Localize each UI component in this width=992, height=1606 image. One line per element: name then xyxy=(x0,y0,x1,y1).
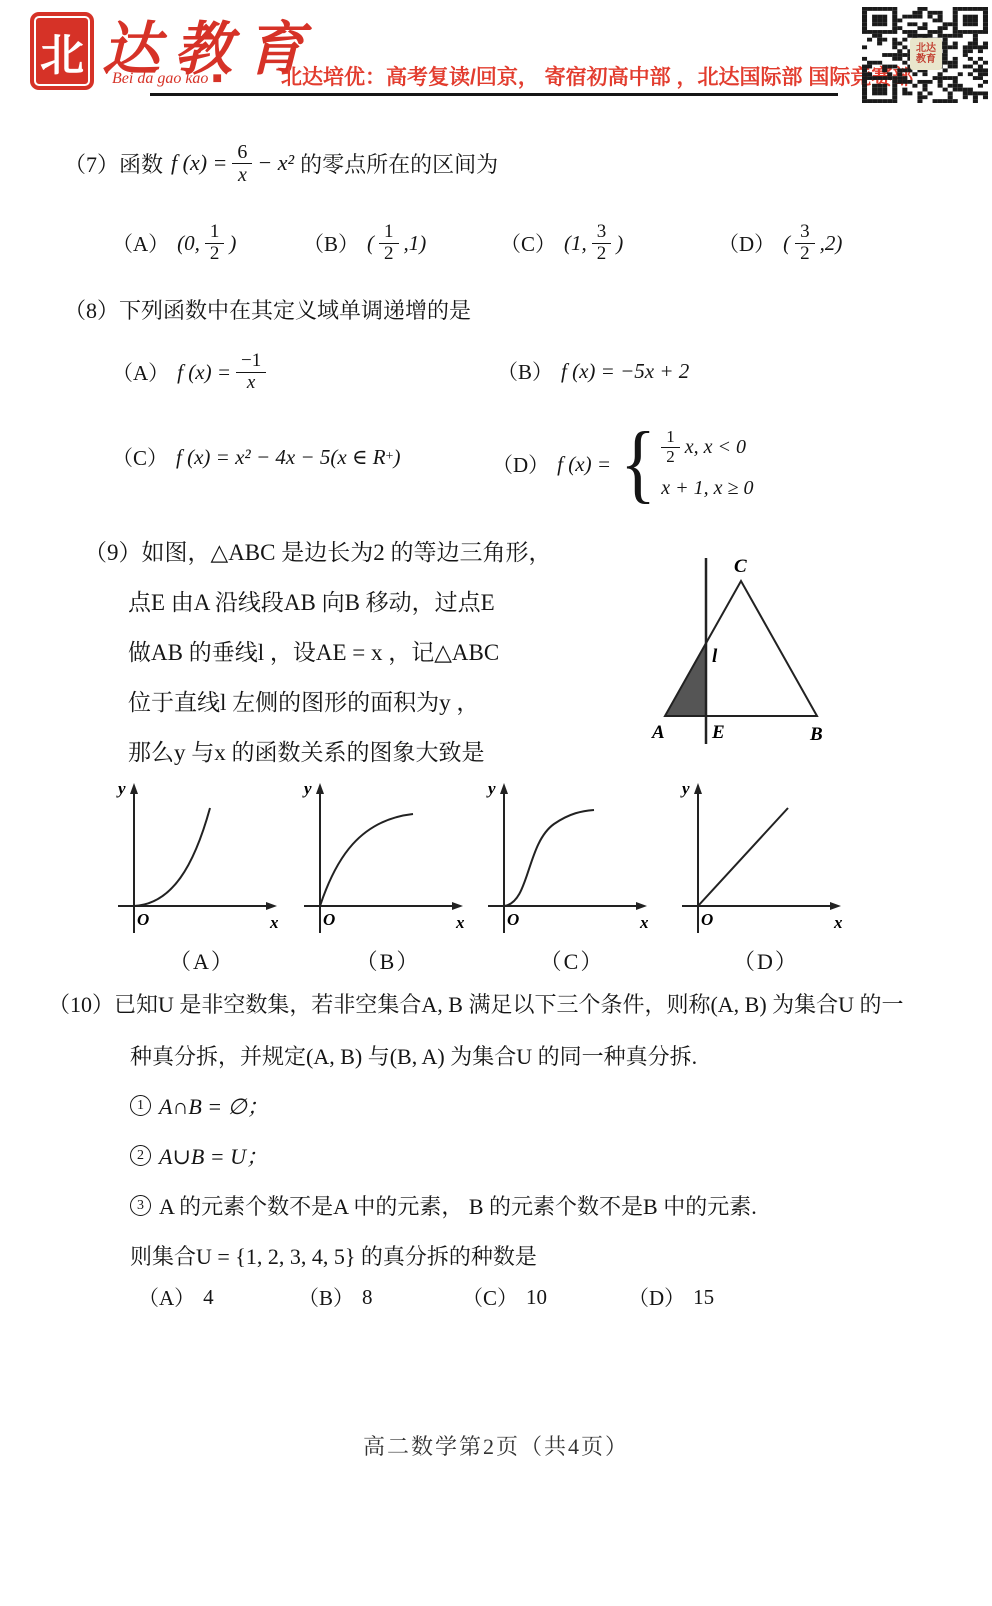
exam-page: 北 达教育 Bei da gao kao ■ 北达培优：高考复读/回京， 寄宿初… xyxy=(0,0,992,1606)
q9-line-2: 点E 由A 沿线段AB 向B 移动，过点E xyxy=(84,578,551,628)
q7-after-text: 的零点所在的区间为 xyxy=(300,148,498,179)
q10-line-3: 则集合U = {1, 2, 3, 4, 5} 的真分拆的种数是 xyxy=(130,1240,537,1271)
denominator: 2 xyxy=(661,448,680,467)
qr-center-label: 北达 教育 xyxy=(910,38,942,70)
q9-line-4: 位于直线l 左侧的图形的面积为y ， xyxy=(84,678,551,728)
q7-option-d-fraction: 3 2 xyxy=(795,222,815,265)
q10-option-d: （D） 15 xyxy=(628,1282,714,1312)
q10-option-a-label: （A） xyxy=(138,1282,195,1312)
vertex-b-label: B xyxy=(809,724,823,745)
y-arrow-icon xyxy=(694,783,702,794)
q7-option-b-label: （B） xyxy=(303,228,359,258)
question-8-title: （8）下列函数中在其定义域单调递增的是 xyxy=(64,294,471,325)
q7-option-c-fraction: 3 2 xyxy=(592,222,612,265)
question-7-title: （7）函数 f (x) = 6 x − x² 的零点所在的区间为 xyxy=(64,128,498,198)
numerator: 1 xyxy=(661,428,680,448)
graph-c-plot: y x O xyxy=(482,778,657,938)
circled-number-2: 2 xyxy=(130,1145,151,1166)
numerator: 3 xyxy=(795,222,815,244)
x-arrow-icon xyxy=(830,902,841,910)
q9-line-5: 那么y 与x 的函数关系的图象大致是 xyxy=(84,728,551,778)
graph-a-label: （A） xyxy=(112,945,292,976)
q7-option-d-post: ,2) xyxy=(820,231,843,256)
q7-option-d-pre: ( xyxy=(783,231,790,256)
q7-prefix: （7）函数 xyxy=(64,148,163,179)
q8-option-d-cases: 1 2 x, x < 0 x + 1, x ≥ 0 xyxy=(661,428,753,499)
graph-d-plot: y x O xyxy=(676,778,851,938)
q7-option-d-label: （D） xyxy=(718,228,775,258)
q8-option-d-case2: x + 1, x ≥ 0 xyxy=(661,477,753,500)
q8-option-d-case1: 1 2 x, x < 0 xyxy=(661,428,753,466)
q7-option-a-pre: (0, xyxy=(177,231,200,256)
q8-option-a: （A） f (x) = −1 x xyxy=(112,336,271,408)
q7-after-math: − x² xyxy=(257,150,294,176)
q10-line-2: 种真分拆，并规定(A, B) 与(B, A) 为集合U 的同一种真分拆. xyxy=(130,1040,697,1071)
q8-option-a-function: f (x) = xyxy=(177,360,231,385)
logo-seal-char: 北 xyxy=(34,16,90,86)
y-arrow-icon xyxy=(130,783,138,794)
line-l-label: l xyxy=(712,646,718,667)
y-arrow-icon xyxy=(316,783,324,794)
qr-label-line2: 教育 xyxy=(916,54,936,65)
numerator: 3 xyxy=(592,222,612,244)
q9-line-3: 做AB 的垂线l ，设AE = x ，记△ABC xyxy=(84,628,551,678)
numerator: 1 xyxy=(379,222,399,244)
q7-option-c-pre: (1, xyxy=(564,231,587,256)
x-label: x xyxy=(455,913,465,932)
q7-option-d: （D） ( 3 2 ,2) xyxy=(718,210,842,276)
case1-expression: x, x < 0 xyxy=(685,436,746,459)
q8-option-c: （C） f (x) = x² − 4x − 5(x ∈ R+) xyxy=(112,442,400,472)
vertex-c-label: C xyxy=(734,556,747,577)
curve-concave xyxy=(320,814,413,906)
q8-option-d: （D） f (x) = { 1 2 x, x < 0 x + 1, x ≥ 0 xyxy=(492,412,753,516)
q10-option-d-value: 15 xyxy=(693,1285,714,1310)
q10-option-d-label: （D） xyxy=(628,1282,685,1312)
origin-label: O xyxy=(323,910,335,929)
x-arrow-icon xyxy=(452,902,463,910)
question-9-text: （9）如图，△ABC 是边长为2 的等边三角形， 点E 由A 沿线段AB 向B … xyxy=(84,528,551,778)
case1-fraction: 1 2 xyxy=(661,428,680,466)
q7-option-c: （C） (1, 3 2 ) xyxy=(500,210,623,276)
point-e-label: E xyxy=(711,722,725,743)
origin-label: O xyxy=(507,910,519,929)
graph-option-c: y x O （C） xyxy=(482,778,662,976)
graph-b-plot: y x O xyxy=(298,778,473,938)
qr-label-line1: 北达 xyxy=(916,43,936,54)
q10-condition-2: 2 A∪B = U； xyxy=(130,1140,268,1171)
graph-option-b: y x O （B） xyxy=(298,778,478,976)
q7-fraction-denominator: x xyxy=(233,164,252,186)
graph-d-label: （D） xyxy=(676,945,856,976)
q7-fraction-numerator: 6 xyxy=(232,141,252,164)
graph-b-label: （B） xyxy=(298,945,478,976)
origin-label: O xyxy=(137,910,149,929)
condition-2-text: A∪B = U； xyxy=(159,1140,268,1171)
header-divider xyxy=(150,93,838,96)
q10-option-c-label: （C） xyxy=(462,1282,518,1312)
q7-option-a-label: （A） xyxy=(112,228,169,258)
curve-linear xyxy=(698,808,788,906)
denominator: 2 xyxy=(205,244,225,265)
triangle-figure: C l A E B xyxy=(642,538,842,750)
x-label: x xyxy=(269,913,279,932)
y-label: y xyxy=(680,779,690,798)
q7-option-b: （B） ( 1 2 ,1) xyxy=(303,210,426,276)
q10-option-b: （B） 8 xyxy=(298,1282,373,1312)
q8-option-c-formula: f (x) = x² − 4x − 5(x ∈ R xyxy=(176,445,386,470)
q10-option-c-value: 10 xyxy=(526,1285,547,1310)
origin-label: O xyxy=(701,910,713,929)
circled-number-1: 1 xyxy=(130,1095,151,1116)
denominator: x xyxy=(242,373,260,394)
numerator: 1 xyxy=(205,222,225,244)
logo-seal-icon: 北 xyxy=(30,12,94,90)
q10-option-a: （A） 4 xyxy=(138,1282,214,1312)
q9-line-1: （9）如图，△ABC 是边长为2 的等边三角形， xyxy=(84,528,551,578)
circled-number-3: 3 xyxy=(130,1195,151,1216)
y-label: y xyxy=(302,779,312,798)
q8-option-c-label: （C） xyxy=(112,442,168,472)
denominator: 2 xyxy=(592,244,612,265)
header-slogan: 北达培优：高考复读/回京， 寄宿初高中部 ，北达国际部 国际竞赛部 xyxy=(281,61,841,91)
q8-option-a-fraction: −1 x xyxy=(236,351,266,394)
q10-condition-1: 1 A∩B = ∅； xyxy=(130,1090,269,1121)
condition-3-text: A 的元素个数不是A 中的元素， B 的元素个数不是B 中的元素. xyxy=(159,1190,757,1221)
q7-option-a-fraction: 1 2 xyxy=(205,222,225,265)
y-label: y xyxy=(116,779,126,798)
graph-c-label: （C） xyxy=(482,945,662,976)
q7-option-c-post: ) xyxy=(616,231,623,256)
denominator: 2 xyxy=(379,244,399,265)
curve-sigmoid xyxy=(504,810,594,906)
graph-option-d: y x O （D） xyxy=(676,778,856,976)
q10-option-b-label: （B） xyxy=(298,1282,354,1312)
q8-option-b: （B） f (x) = −5x + 2 xyxy=(497,356,689,386)
condition-1-text: A∩B = ∅； xyxy=(159,1090,269,1121)
q8-option-b-label: （B） xyxy=(497,356,553,386)
graph-option-a: y x O （A） xyxy=(112,778,292,976)
vertex-a-label: A xyxy=(651,722,665,743)
numerator: −1 xyxy=(236,351,266,373)
q10-option-c: （C） 10 xyxy=(462,1282,547,1312)
q7-option-b-pre: ( xyxy=(367,231,374,256)
x-arrow-icon xyxy=(636,902,647,910)
q8-option-c-close: ) xyxy=(393,445,400,470)
q10-option-b-value: 8 xyxy=(362,1285,373,1310)
q7-option-a: （A） (0, 1 2 ) xyxy=(112,210,236,276)
y-arrow-icon xyxy=(500,783,508,794)
q7-option-b-post: ,1) xyxy=(404,231,427,256)
q7-fraction: 6 x xyxy=(232,141,252,186)
y-label: y xyxy=(486,779,496,798)
q7-option-b-fraction: 1 2 xyxy=(379,222,399,265)
q10-option-a-value: 4 xyxy=(203,1285,214,1310)
q10-condition-3: 3 A 的元素个数不是A 中的元素， B 的元素个数不是B 中的元素. xyxy=(130,1190,757,1221)
x-arrow-icon xyxy=(266,902,277,910)
page-footer: 高二数学第2页（共4页） xyxy=(0,1430,992,1461)
q8-option-d-brace: { xyxy=(620,422,656,506)
q7-option-c-label: （C） xyxy=(500,228,556,258)
graph-a-plot: y x O xyxy=(112,778,287,938)
logo-subtitle: Bei da gao kao ■ xyxy=(112,70,222,88)
q7-option-a-post: ) xyxy=(229,231,236,256)
q8-option-d-function: f (x) = xyxy=(557,452,611,477)
q7-function: f (x) = xyxy=(171,150,227,176)
q8-option-b-formula: f (x) = −5x + 2 xyxy=(561,359,689,384)
denominator: 2 xyxy=(795,244,815,265)
x-label: x xyxy=(833,913,843,932)
curve-convex xyxy=(134,808,210,906)
qr-code-icon: 北达 教育 xyxy=(862,7,988,103)
q8-option-d-label: （D） xyxy=(492,449,549,479)
q10-line-1: （10）已知U 是非空数集，若非空集合A, B 满足以下三个条件，则称(A, B… xyxy=(48,988,904,1019)
q8-option-a-label: （A） xyxy=(112,357,169,387)
x-label: x xyxy=(639,913,649,932)
